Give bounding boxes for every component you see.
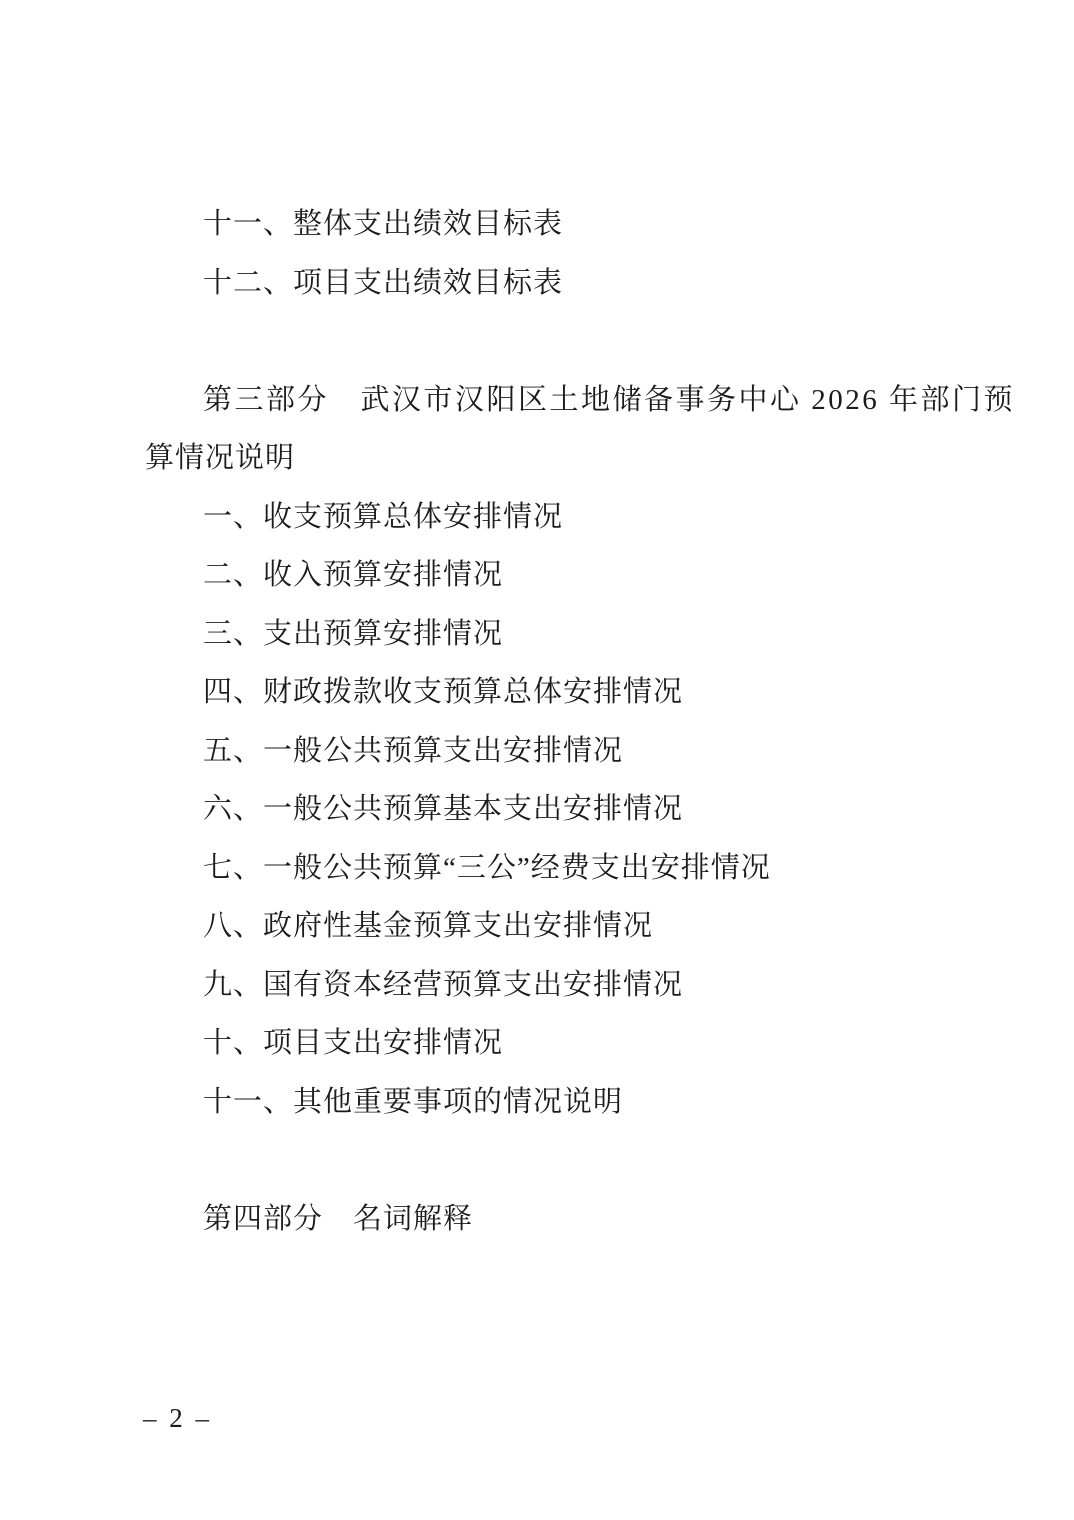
toc-line-item-8: 八、政府性基金预算支出安排情况 <box>145 897 946 956</box>
toc-line-item-3: 三、支出预算安排情况 <box>145 605 946 664</box>
toc-line-item-1: 一、收支预算总体安排情况 <box>145 488 946 547</box>
toc-line-item-2: 二、收入预算安排情况 <box>145 546 946 605</box>
section3-heading-line-2: 算情况说明 <box>145 429 946 488</box>
document-body: 十一、整体支出绩效目标表 十二、项目支出绩效目标表 第三部分 武汉市汉阳区土地储… <box>145 195 946 1248</box>
toc-line-appendix-11: 十一、整体支出绩效目标表 <box>145 195 946 254</box>
toc-line-item-5: 五、一般公共预算支出安排情况 <box>145 722 946 781</box>
toc-line-item-6: 六、一般公共预算基本支出安排情况 <box>145 780 946 839</box>
blank-line <box>145 1131 946 1190</box>
toc-line-item-7: 七、一般公共预算“三公”经费支出安排情况 <box>145 839 946 898</box>
toc-line-item-9: 九、国有资本经营预算支出安排情况 <box>145 956 946 1015</box>
toc-line-appendix-12: 十二、项目支出绩效目标表 <box>145 254 946 313</box>
toc-line-item-10: 十、项目支出安排情况 <box>145 1014 946 1073</box>
toc-line-item-11: 十一、其他重要事项的情况说明 <box>145 1073 946 1132</box>
section4-heading-line: 第四部分 名词解释 <box>145 1190 946 1249</box>
page: 十一、整体支出绩效目标表 十二、项目支出绩效目标表 第三部分 武汉市汉阳区土地储… <box>0 0 1074 1520</box>
toc-line-item-4: 四、财政拨款收支预算总体安排情况 <box>145 663 946 722</box>
section3-heading-line-1: 第三部分 武汉市汉阳区土地储备事务中心 2026 年部门预 <box>145 371 946 430</box>
page-number: – 2 – <box>143 1398 212 1438</box>
blank-line <box>145 312 946 371</box>
